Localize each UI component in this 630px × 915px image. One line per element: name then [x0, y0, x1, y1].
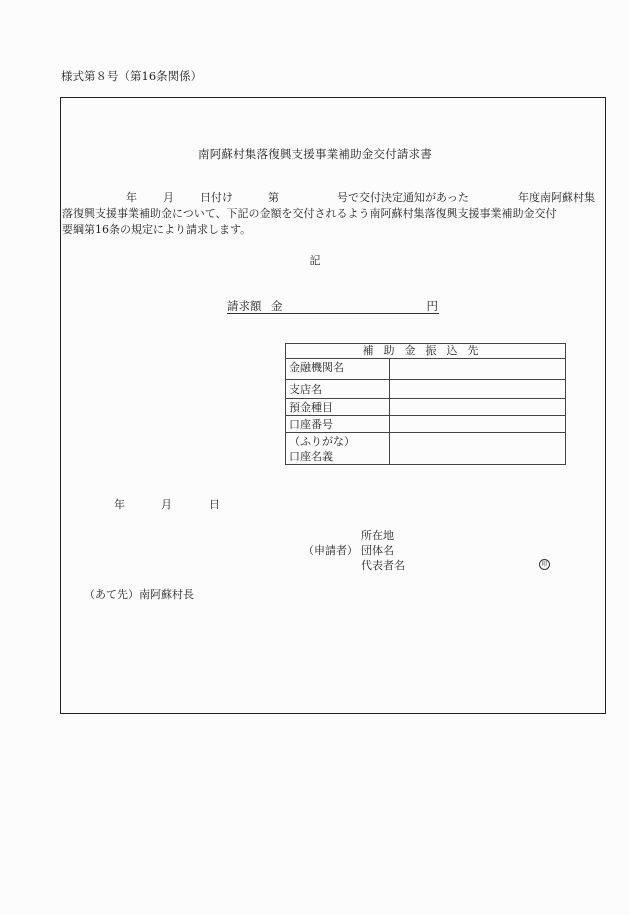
date-month-label: 月 — [163, 190, 174, 206]
paragraph-line-2: 落復興支援事業補助金について、下記の金額を交付されるよう南阿蘇村集落復興支援事業… — [62, 206, 602, 222]
account-number-label: 口座番号 — [286, 416, 390, 433]
fiscal-year-text: 年度南阿蘇村集 — [518, 190, 595, 206]
account-holder-name-label: 口座名義 — [289, 449, 386, 464]
applicant-org-label: 団体名 — [361, 542, 394, 558]
bank-table-header: 補助金振込先 — [286, 344, 566, 359]
claim-kin-label: 金 — [271, 298, 283, 314]
table-row: 支店名 — [286, 380, 566, 399]
paragraph-line-3: 要綱第16条の規定により請求します。 — [62, 222, 602, 238]
account-holder-field[interactable] — [390, 433, 566, 465]
table-row: （ふりがな） 口座名義 — [286, 433, 566, 465]
claim-unit-label: 円 — [427, 298, 439, 314]
account-type-field[interactable] — [390, 399, 566, 416]
table-row: 預金種目 — [286, 399, 566, 416]
number-suffix-text: 号で交付決定通知があった — [337, 190, 469, 206]
bank-name-field[interactable] — [390, 359, 566, 380]
furigana-label: （ふりがな） — [289, 434, 386, 449]
account-number-field[interactable] — [390, 416, 566, 433]
request-date-month: 月 — [161, 496, 172, 512]
applicant-rep-label: 代表者名 — [361, 557, 405, 573]
date-year-label: 年 — [126, 190, 137, 206]
table-row: 口座番号 — [286, 416, 566, 433]
branch-name-field[interactable] — [390, 380, 566, 399]
ki-heading: 記 — [0, 252, 630, 268]
form-number-label: 様式第８号（第16条関係） — [61, 68, 202, 84]
applicant-role-label: （申請者） — [303, 542, 358, 558]
claim-amount-line: 請求額 金 円 — [227, 298, 439, 314]
request-date-day: 日 — [209, 496, 220, 512]
account-type-label: 預金種目 — [286, 399, 390, 416]
bank-name-label: 金融機関名 — [286, 359, 390, 380]
branch-name-label: 支店名 — [286, 380, 390, 399]
seal-icon: 印 — [539, 559, 550, 570]
number-prefix-label: 第 — [268, 190, 279, 206]
claim-label: 請求額 — [227, 299, 262, 313]
request-date-year: 年 — [114, 496, 125, 512]
account-holder-label: （ふりがな） 口座名義 — [286, 433, 390, 465]
bank-transfer-table: 補助金振込先 金融機関名 支店名 預金種目 口座番号 （ふりがな） 口座名義 — [285, 343, 566, 465]
table-row: 金融機関名 — [286, 359, 566, 380]
document-title: 南阿蘇村集落復興支援事業補助金交付請求書 — [0, 146, 630, 162]
applicant-address-label: 所在地 — [361, 527, 394, 543]
date-suffix-label: 日付け — [200, 190, 233, 206]
addressee-label: （あて先）南阿蘇村長 — [84, 586, 194, 602]
